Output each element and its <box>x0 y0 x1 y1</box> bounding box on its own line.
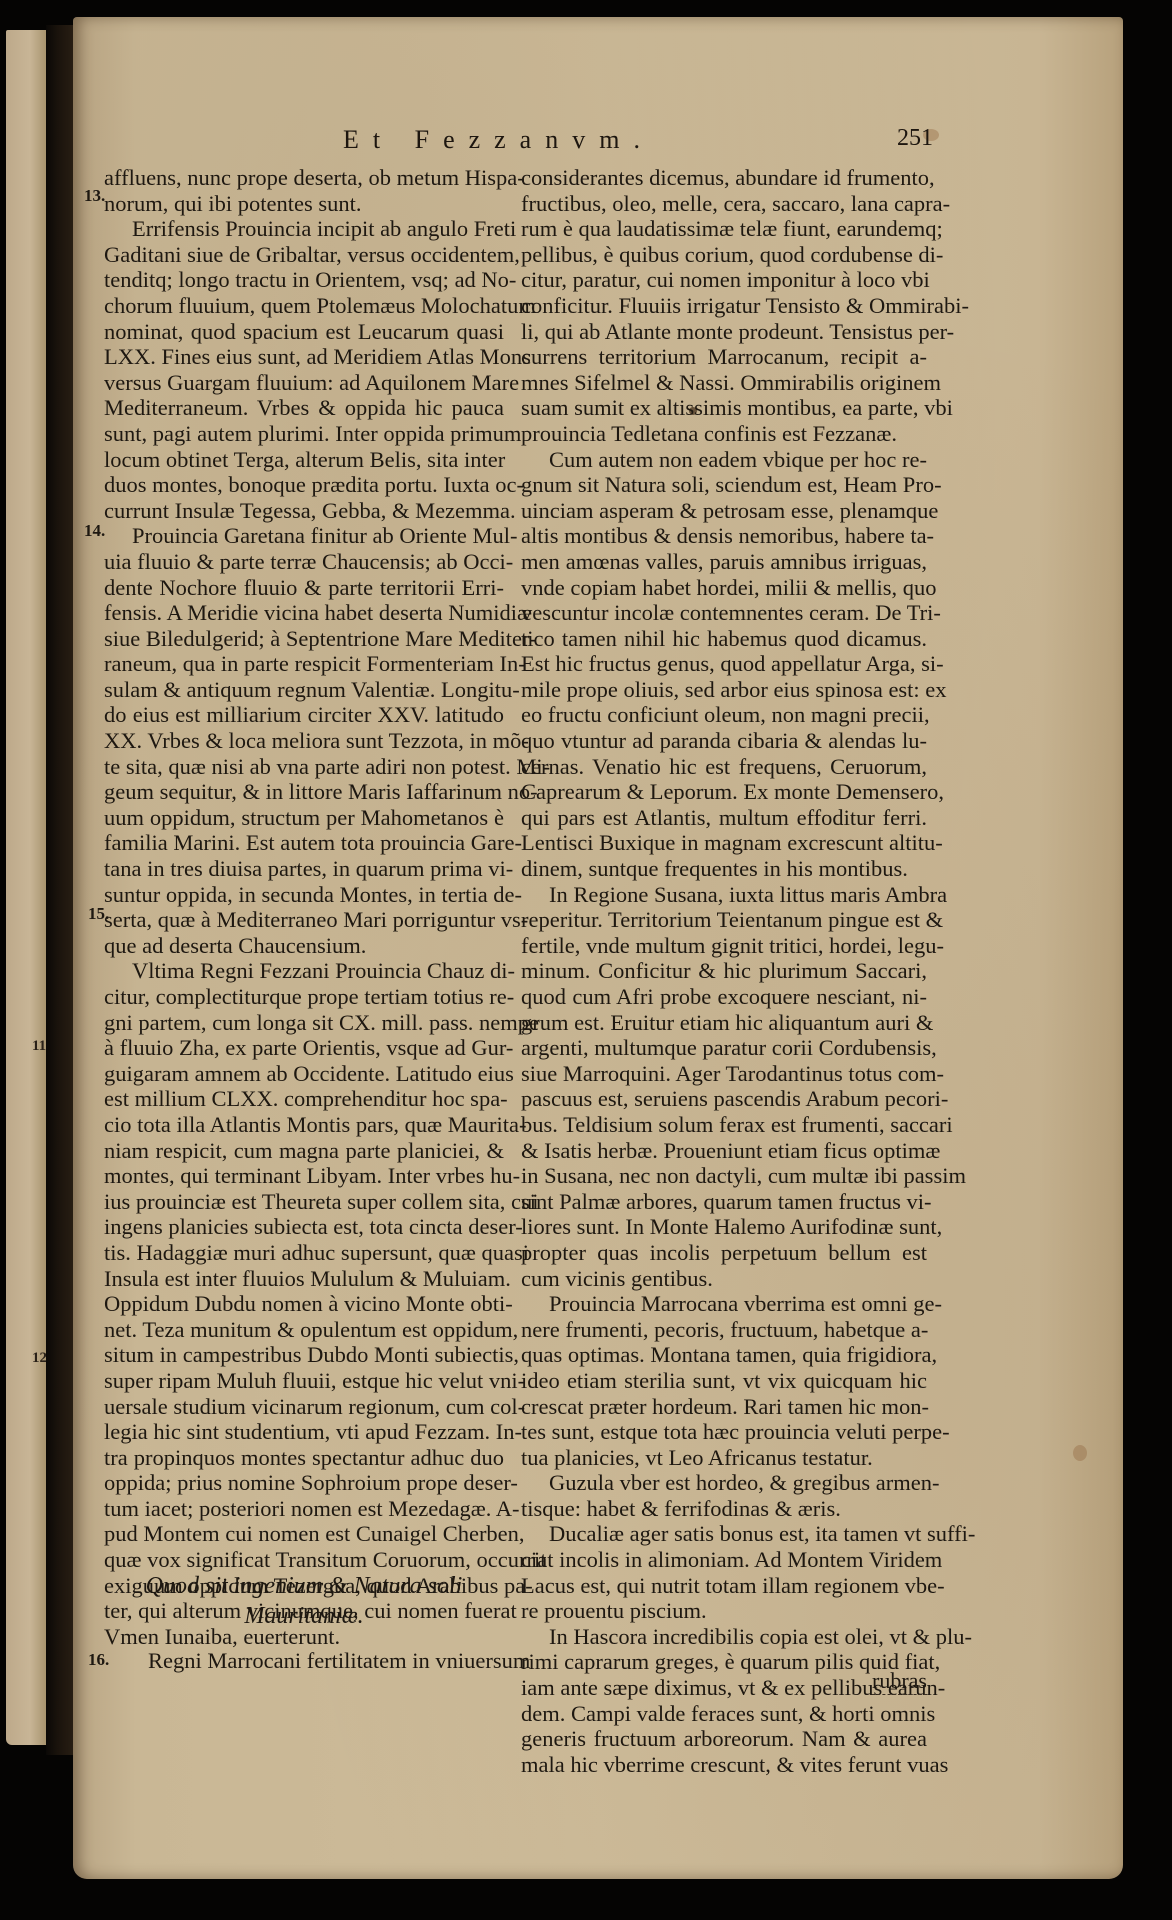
text-line: dente Nochore fluuio & parte territorii … <box>104 575 504 601</box>
text-line: propter quas incolis perpetuum bellum es… <box>521 1240 927 1266</box>
text-line: in Susana, nec non dactyli, cum multæ ib… <box>521 1163 927 1189</box>
text-line: sint Palmæ arbores, quarum tamen fructus… <box>521 1189 927 1215</box>
text-line: mnes Sifelmel & Nassi. Ommirabilis origi… <box>521 370 927 396</box>
text-line: siue Biledulgerid; à Septentrione Mare M… <box>104 626 504 652</box>
text-line: Prouincia Garetana finitur ab Oriente Mu… <box>104 523 504 549</box>
text-line: tum iacet; posteriori nomen est Mezedagæ… <box>104 1496 504 1522</box>
paper-stain <box>1073 1445 1087 1461</box>
text-line: gni partem, cum longa sit CX. mill. pass… <box>104 1010 504 1036</box>
text-line: iam ante sæpe diximus, vt & ex pellibus … <box>521 1675 927 1701</box>
text-line: Prouincia Marrocana vberrima est omni ge… <box>521 1291 927 1317</box>
text-line: niam respicit, cum magna parte planiciei… <box>104 1138 504 1164</box>
text-line: mile prope oliuis, sed arbor eius spinos… <box>521 677 927 703</box>
text-line: Lacus est, qui nutrit totam illam region… <box>521 1573 927 1599</box>
text-line: li, qui ab Atlante monte prodeunt. Tensi… <box>521 319 927 345</box>
text-line: In Regione Susana, iuxta littus maris Am… <box>521 882 927 908</box>
text-line: ideo etiam sterilia sunt, vt vix quicqua… <box>521 1368 927 1394</box>
text-line: tenditq; longo tractu in Orientem, vsq; … <box>104 267 504 293</box>
text-line: uinciam asperam & petrosam esse, plenamq… <box>521 498 927 524</box>
text-line: familia Marini. Est autem tota prouincia… <box>104 830 504 856</box>
text-line: cum vicinis gentibus. <box>521 1266 927 1292</box>
text-line: gnum sit Natura soli, sciendum est, Heam… <box>521 472 927 498</box>
text-line: norum, qui ibi potentes sunt. <box>104 191 504 217</box>
text-line: quod cum Afri probe excoquere nesciant, … <box>521 984 927 1010</box>
text-line: est millium CLXX. comprehenditur hoc spa… <box>104 1086 504 1112</box>
text-line: ingens planicies subiecta est, tota cinc… <box>104 1214 504 1240</box>
text-line: argenti, multumque paratur corii Cordube… <box>521 1035 927 1061</box>
text-line: tico tamen nihil hic habemus quod dicamu… <box>521 626 927 652</box>
text-line: Gaditani siue de Gribaltar, versus occid… <box>104 242 504 268</box>
text-line: sulam & antiquum regnum Valentiæ. Longit… <box>104 677 504 703</box>
text-line: uum oppidum, structum per Mahometanos è <box>104 805 504 831</box>
section-heading-line: Mauritaniæ. <box>104 1601 504 1631</box>
margin-section-number: 14. <box>84 521 105 541</box>
text-line: raneum, qua in parte respicit Formenteri… <box>104 651 504 677</box>
text-line: bus. Teldisium solum ferax est frumenti,… <box>521 1112 927 1138</box>
text-line: situm in campestribus Dubdo Monti subiec… <box>104 1342 504 1368</box>
text-line: currunt Insulæ Tegessa, Gebba, & Mezemma… <box>104 498 504 524</box>
text-line: XX. Vrbes & loca meliora sunt Tezzota, i… <box>104 728 504 754</box>
text-line: siue Marroquini. Ager Tarodantinus totus… <box>521 1061 927 1087</box>
previous-page-edge: 11. 12. <box>6 30 46 1745</box>
text-line: oppida; prius nomine Sophroium prope des… <box>104 1470 504 1496</box>
text-line: re prouentu piscium. <box>521 1598 927 1624</box>
text-line: uia fluuio & parte terræ Chaucensis; ab … <box>104 549 504 575</box>
text-line: currens territorium Marrocanum, recipit … <box>521 344 927 370</box>
text-line: Regni Marrocani fertilitatem in vniuersu… <box>104 1648 504 1674</box>
text-line: Mediterraneum. Vrbes & oppida hic pauca <box>104 395 504 421</box>
text-line: tana in tres diuisa partes, in quarum pr… <box>104 856 504 882</box>
text-line: tua planicies, vt Leo Africanus testatur… <box>521 1445 927 1471</box>
text-line: fertile, vnde multum gignit tritici, hor… <box>521 933 927 959</box>
text-line: tis. Hadaggiæ muri adhuc supersunt, quæ … <box>104 1240 504 1266</box>
text-line: fructibus, oleo, melle, cera, saccaro, l… <box>521 191 927 217</box>
text-line: Caprearum & Leporum. Ex monte Demensero, <box>521 779 927 805</box>
text-line: nere frumenti, pecoris, fructuum, habetq… <box>521 1317 927 1343</box>
text-line: serta, quæ à Mediterraneo Mari porrigunt… <box>104 907 504 933</box>
text-line: liores sunt. In Monte Halemo Aurifodinæ … <box>521 1214 927 1240</box>
text-line: minum. Conficitur & hic plurimum Saccari… <box>521 958 927 984</box>
final-line-text: Regni Marrocani fertilitatem in vniuersu… <box>104 1648 530 1673</box>
text-line: quas optimas. Montana tamen, quia frigid… <box>521 1342 927 1368</box>
running-head: Et Fezzanvm. <box>343 125 654 155</box>
text-line: tisque: habet & ferrifodinas & æris. <box>521 1496 927 1522</box>
text-line: dem. Campi valde feraces sunt, & horti o… <box>521 1701 927 1727</box>
text-line: tra propinquos montes spectantur adhuc d… <box>104 1445 504 1471</box>
text-line: duos montes, bonoque prædita portu. Iuxt… <box>104 472 504 498</box>
text-line: guigaram amnem ab Occidente. Latitudo ei… <box>104 1061 504 1087</box>
text-line: grum est. Eruitur etiam hic aliquantum a… <box>521 1010 927 1036</box>
text-line: & Isatis herbæ. Proueniunt etiam ficus o… <box>521 1138 927 1164</box>
text-line: suam sumit ex altissimis montibus, ea pa… <box>521 395 927 421</box>
page-number: 251 <box>897 125 933 152</box>
text-line: crescat præter hordeum. Rari tamen hic m… <box>521 1394 927 1420</box>
text-line: do eius est milliarium circiter XXV. lat… <box>104 702 504 728</box>
text-line: versus Guargam fluuium: ad Aquilonem Mar… <box>104 370 504 396</box>
text-line: à fluuio Zha, ex parte Orientis, vsque a… <box>104 1035 504 1061</box>
text-line: Errifensis Prouincia incipit ab angulo F… <box>104 216 504 242</box>
section-heading: Quod sit ingenium & Natura soli Mauritan… <box>104 1571 504 1631</box>
text-line: locum obtinet Terga, alterum Belis, sita… <box>104 447 504 473</box>
text-line: quæ vox significat Transitum Coruorum, o… <box>104 1547 504 1573</box>
text-line: Est hic fructus genus, quod appellatur A… <box>521 651 927 677</box>
margin-section-number: 13. <box>84 186 105 206</box>
text-line: Lentisci Buxique in magnam excrescunt al… <box>521 830 927 856</box>
text-line: LXX. Fines eius sunt, ad Meridiem Atlas … <box>104 344 504 370</box>
text-line: men amœnas valles, paruis amnibus irrigu… <box>521 549 927 575</box>
text-line: tes sunt, estque tota hæc prouincia velu… <box>521 1419 927 1445</box>
text-line: montes, qui terminant Libyam. Inter vrbe… <box>104 1163 504 1189</box>
text-line: te sita, quæ nisi ab vna parte adiri non… <box>104 754 504 780</box>
text-line: altis montibus & densis nemoribus, haber… <box>521 523 927 549</box>
right-text-column: considerantes dicemus, abundare id frume… <box>521 165 927 1777</box>
text-line: chorum fluuium, quem Ptolemæus Molochatu… <box>104 293 504 319</box>
text-line: citur, paratur, cui nomen imponitur à lo… <box>521 267 927 293</box>
text-line: cernas. Venatio hic est frequens, Ceruor… <box>521 754 927 780</box>
text-line: sunt, pagi autem plurimi. Inter oppida p… <box>104 421 504 447</box>
text-line: cio tota illa Atlantis Montis pars, quæ … <box>104 1112 504 1138</box>
section-heading-line: Quod sit ingenium & Natura soli <box>104 1571 504 1601</box>
text-line: vnde copiam habet hordei, milii & mellis… <box>521 575 927 601</box>
text-line: Vltima Regni Fezzani Prouincia Chauz di- <box>104 958 504 984</box>
text-line: uersale studium vicinarum regionum, cum … <box>104 1394 504 1420</box>
text-line: citur, complectiturque prope tertiam tot… <box>104 984 504 1010</box>
text-line: pellibus, è quibus corium, quod corduben… <box>521 242 927 268</box>
text-line: Insula est inter fluuios Mululum & Mului… <box>104 1266 504 1292</box>
text-line: quo vtuntur ad paranda cibaria & alendas… <box>521 728 927 754</box>
text-line: affluens, nunc prope deserta, ob metum H… <box>104 165 504 191</box>
text-line: dinem, suntque frequentes in his montibu… <box>521 856 927 882</box>
text-line: nominat, quod spacium est Leucarum quasi <box>104 319 504 345</box>
text-line: geum sequitur, & in littore Maris Iaffar… <box>104 779 504 805</box>
text-line: pascuus est, seruiens pascendis Arabum p… <box>521 1086 927 1112</box>
text-line: suntur oppida, in secunda Montes, in ter… <box>104 882 504 908</box>
text-line: reperitur. Territorium Teientanum pingue… <box>521 907 927 933</box>
text-line: net. Teza munitum & opulentum est oppidu… <box>104 1317 504 1343</box>
text-line: Guzula vber est hordeo, & gregibus armen… <box>521 1470 927 1496</box>
text-line: fensis. A Meridie vicina habet deserta N… <box>104 600 504 626</box>
left-text-column: affluens, nunc prope deserta, ob metum H… <box>104 165 504 1649</box>
text-line: Ducaliæ ager satis bonus est, ita tamen … <box>521 1521 927 1547</box>
text-line: mala hic vberrime crescunt, & vites feru… <box>521 1752 927 1778</box>
text-line: prouincia Tedletana confinis est Fezzanæ… <box>521 421 927 447</box>
text-line: conficitur. Fluuiis irrigatur Tensisto &… <box>521 293 927 319</box>
text-line: generis fructuum arboreorum. Nam & aurea <box>521 1726 927 1752</box>
text-line: qui pars est Atlantis, multum effoditur … <box>521 805 927 831</box>
text-line: considerantes dicemus, abundare id frume… <box>521 165 927 191</box>
catchword: rubras <box>872 1668 927 1695</box>
text-line: eo fructu conficiunt oleum, non magni pr… <box>521 702 927 728</box>
text-line: In Hascora incredibilis copia est olei, … <box>521 1624 927 1650</box>
text-line: ius prouinciæ est Theureta super collem … <box>104 1189 504 1215</box>
text-line: legia hic sint studentium, vti apud Fezz… <box>104 1419 504 1445</box>
text-line: que ad deserta Chaucensium. <box>104 933 504 959</box>
book-gutter <box>46 25 76 1755</box>
text-line: rum è qua laudatissimæ telæ fiunt, earun… <box>521 216 927 242</box>
text-line: Cum autem non eadem vbique per hoc re- <box>521 447 927 473</box>
text-line: super ripam Muluh fluuii, estque hic vel… <box>104 1368 504 1394</box>
text-line: Oppidum Dubdu nomen à vicino Monte obti- <box>104 1291 504 1317</box>
text-line: vescuntur incolæ contemnentes ceram. De … <box>521 600 927 626</box>
text-line: pud Montem cui nomen est Cunaigel Cherbe… <box>104 1521 504 1547</box>
text-line: rimi caprarum greges, è quarum pilis qui… <box>521 1649 927 1675</box>
text-line: ciat incolis in alimoniam. Ad Montem Vir… <box>521 1547 927 1573</box>
